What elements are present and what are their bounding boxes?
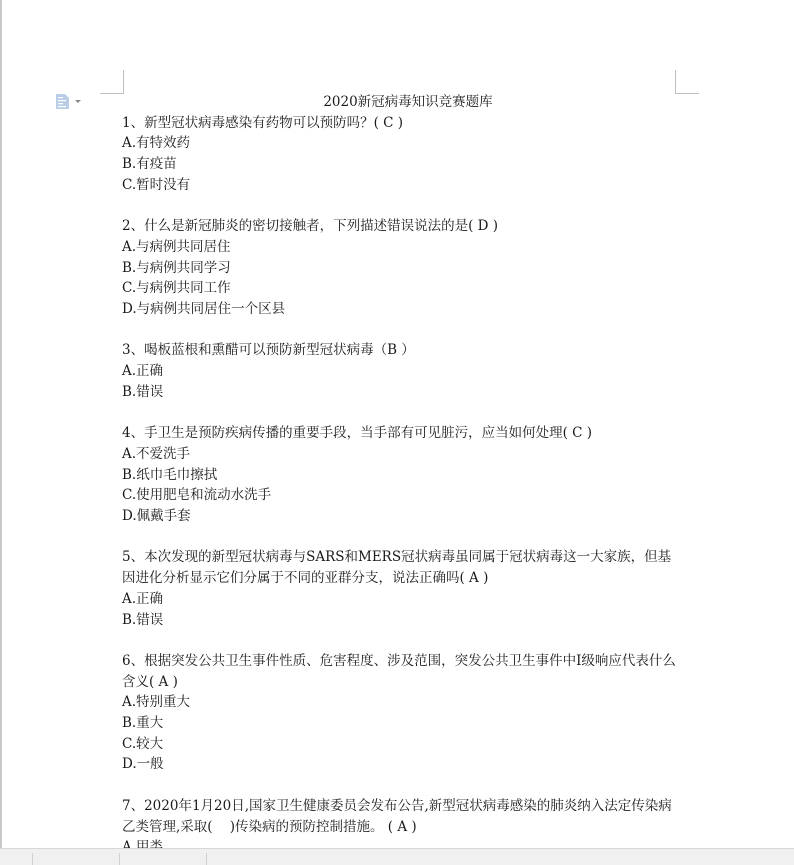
answer-option: A.特别重大 [122,692,682,713]
answer-option: D.佩戴手套 [122,506,682,527]
question-text: 7、2020年1月20日,国家卫生健康委员会发布公告,新型冠状病毒感染的肺炎纳入… [122,796,682,837]
question-item: 3、喝板蓝根和熏醋可以预防新型冠状病毒（B ）A.正确B.错误 [122,340,682,423]
question-item: 4、手卫生是预防疾病传播的重要手段，当手部有可见脏污，应当如何处理( C )A.… [122,423,682,547]
answer-option: C.使用肥皂和流动水洗手 [122,485,682,506]
question-text: 2、什么是新冠肺炎的密切接触者，下列描述错误说法的是( D ) [122,216,682,237]
paragraph-spacer [122,196,682,217]
answer-option: A.不爱洗手 [122,444,682,465]
document-title: 2020新冠病毒知识竞赛题库 [122,92,682,113]
question-text: 1、新型冠状病毒感染有药物可以预防吗？( C ) [122,113,682,134]
paragraph-spacer [122,527,682,548]
paragraph-spacer [122,320,682,341]
answer-option: B.纸巾毛巾擦拭 [122,465,682,486]
answer-option: A.与病例共同居住 [122,237,682,258]
question-text: 4、手卫生是预防疾病传播的重要手段，当手部有可见脏污，应当如何处理( C ) [122,423,682,444]
status-bar [0,848,794,865]
question-item: 6、根据突发公共卫生事件性质、危害程度、涉及范围，突发公共卫生事件中Ⅰ级响应代表… [122,651,682,796]
chevron-down-icon [75,100,81,103]
question-list: 1、新型冠状病毒感染有药物可以预防吗？( C )A.有特效药B.有疫苗C.暂时没… [122,113,682,848]
document-page[interactable]: 2020新冠病毒知识竞赛题库 1、新型冠状病毒感染有药物可以预防吗？( C )A… [2,0,794,848]
answer-option: B.错误 [122,382,682,403]
status-bar-divider [206,853,207,865]
answer-option: C.与病例共同工作 [122,278,682,299]
paragraph-spacer [122,403,682,424]
answer-option: D.与病例共同居住一个区县 [122,299,682,320]
answer-option: A.有特效药 [122,133,682,154]
answer-option: B.与病例共同学习 [122,258,682,279]
answer-option: C.较大 [122,734,682,755]
paragraph-options-button[interactable] [56,94,81,109]
question-text: 5、本次发现的新型冠状病毒与SARS和MERS冠状病毒虽同属于冠状病毒这一大家族… [122,547,682,588]
document-icon [56,94,69,109]
answer-option: A.正确 [122,361,682,382]
answer-option: B.有疫苗 [122,154,682,175]
question-text: 6、根据突发公共卫生事件性质、危害程度、涉及范围，突发公共卫生事件中Ⅰ级响应代表… [122,651,682,692]
document-viewport: 2020新冠病毒知识竞赛题库 1、新型冠状病毒感染有药物可以预防吗？( C )A… [0,0,794,865]
paragraph-spacer [122,775,682,796]
margin-corner-top-right [675,70,699,94]
question-item: 2、什么是新冠肺炎的密切接触者，下列描述错误说法的是( D )A.与病例共同居住… [122,216,682,340]
document-body[interactable]: 2020新冠病毒知识竞赛题库 1、新型冠状病毒感染有药物可以预防吗？( C )A… [122,92,682,848]
question-item: 1、新型冠状病毒感染有药物可以预防吗？( C )A.有特效药B.有疫苗C.暂时没… [122,113,682,217]
margin-corner-top-left [100,70,124,94]
answer-option: B.重大 [122,713,682,734]
question-item: 7、2020年1月20日,国家卫生健康委员会发布公告,新型冠状病毒感染的肺炎纳入… [122,796,682,848]
status-bar-divider [119,853,120,865]
question-item: 5、本次发现的新型冠状病毒与SARS和MERS冠状病毒虽同属于冠状病毒这一大家族… [122,547,682,651]
answer-option: B.错误 [122,610,682,631]
paragraph-spacer [122,630,682,651]
answer-option: D.一般 [122,754,682,775]
answer-option: A.正确 [122,589,682,610]
answer-option: A.甲类 [122,837,682,848]
question-text: 3、喝板蓝根和熏醋可以预防新型冠状病毒（B ） [122,340,682,361]
status-bar-divider [32,853,33,865]
answer-option: C.暂时没有 [122,175,682,196]
